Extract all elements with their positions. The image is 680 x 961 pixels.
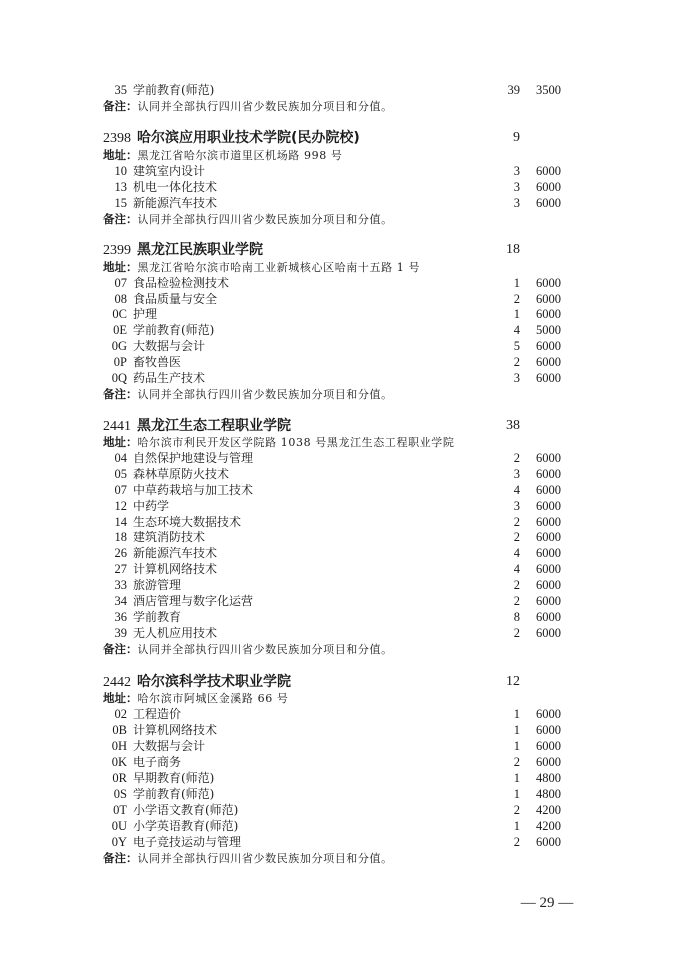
- major-name: 工程造价: [133, 707, 181, 721]
- major-row: 33旅游管理 2 6000: [103, 577, 573, 593]
- major-name: 早期教育(师范): [133, 771, 214, 785]
- tuition-fee: 6000: [536, 738, 566, 754]
- tuition-fee: 6000: [536, 754, 566, 770]
- major-code: 12: [103, 498, 127, 514]
- note-label: 备注：: [103, 642, 138, 656]
- major-code: 0B: [103, 722, 127, 738]
- major-code: 35: [103, 82, 127, 98]
- major-row: 0Q药品生产技术 3 6000: [103, 370, 573, 386]
- address-text: 黑龙江省哈尔滨市道里区机场路 998 号: [138, 149, 343, 162]
- enrollment-count: 1: [498, 275, 520, 291]
- major-name: 食品检验检测技术: [133, 276, 229, 290]
- major-row: 05森林草原防火技术 3 6000: [103, 466, 573, 482]
- enrollment-count: 8: [498, 609, 520, 625]
- major-row: 26新能源汽车技术 4 6000: [103, 545, 573, 561]
- major-name: 无人机应用技术: [133, 626, 217, 640]
- school-header: 2398哈尔滨应用职业技术学院(民办院校) 9: [103, 128, 573, 148]
- major-code: 0T: [103, 802, 127, 818]
- school-name: 黑龙江民族职业学院: [137, 242, 263, 258]
- note-text: 认同并全部执行四川省少数民族加分项目和分值。: [138, 643, 393, 656]
- major-code: 04: [103, 450, 127, 466]
- enrollment-count: 1: [498, 706, 520, 722]
- major-name: 电子商务: [133, 755, 181, 769]
- tuition-fee: 6000: [536, 834, 566, 850]
- major-row: 0P畜牧兽医 2 6000: [103, 354, 573, 370]
- enrollment-count: 1: [498, 722, 520, 738]
- address-text: 黑龙江省哈尔滨市哈南工业新城核心区哈南十五路 1 号: [138, 261, 421, 274]
- major-code: 0E: [103, 322, 127, 338]
- school-name: 哈尔滨应用职业技术学院(民办院校): [137, 130, 360, 146]
- enrollment-count: 3: [498, 370, 520, 386]
- tuition-fee: 4200: [536, 802, 566, 818]
- major-name: 学前教育(师范): [133, 323, 214, 337]
- school-header: 2441黑龙江生态工程职业学院 38: [103, 416, 573, 436]
- tuition-fee: 6000: [536, 722, 566, 738]
- major-row: 0B计算机网络技术 1 6000: [103, 722, 573, 738]
- enrollment-count: 2: [498, 291, 520, 307]
- tuition-fee: 6000: [536, 338, 566, 354]
- major-code: 0U: [103, 818, 127, 834]
- major-code: 34: [103, 593, 127, 609]
- enrollment-count: 4: [498, 482, 520, 498]
- major-row: 08食品质量与安全 2 6000: [103, 291, 573, 307]
- major-code: 05: [103, 466, 127, 482]
- major-name: 小学英语教育(师范): [133, 819, 238, 833]
- tuition-fee: 6000: [536, 609, 566, 625]
- major-name: 畜牧兽医: [133, 355, 181, 369]
- tuition-fee: 5000: [536, 322, 566, 338]
- major-code: 0Y: [103, 834, 127, 850]
- enrollment-count: 1: [498, 306, 520, 322]
- note-label: 备注：: [103, 851, 138, 865]
- major-name: 学前教育: [133, 610, 181, 624]
- major-name: 新能源汽车技术: [133, 196, 217, 210]
- major-code: 15: [103, 195, 127, 211]
- major-code: 33: [103, 577, 127, 593]
- major-row: 0K电子商务 2 6000: [103, 754, 573, 770]
- school-id: 2442: [103, 675, 131, 690]
- address-line: 地址：哈尔滨市阿城区金溪路 66 号: [103, 690, 573, 706]
- enrollment-count: 3: [498, 179, 520, 195]
- tuition-fee: 6000: [536, 529, 566, 545]
- major-code: 18: [103, 529, 127, 545]
- note-line: 备注：认同并全部执行四川省少数民族加分项目和分值。: [103, 211, 573, 227]
- tuition-fee: 6000: [536, 561, 566, 577]
- major-name: 大数据与会计: [133, 739, 205, 753]
- tuition-fee: 6000: [536, 306, 566, 322]
- major-name: 护理: [133, 307, 157, 321]
- enrollment-count: 3: [498, 195, 520, 211]
- major-name: 机电一体化技术: [133, 180, 217, 194]
- tuition-fee: 6000: [536, 577, 566, 593]
- tuition-fee: 6000: [536, 706, 566, 722]
- major-row: 0Y电子竞技运动与管理 2 6000: [103, 834, 573, 850]
- major-name: 学前教育(师范): [133, 787, 214, 801]
- major-code: 0H: [103, 738, 127, 754]
- school-id: 2398: [103, 131, 131, 146]
- major-name: 森林草原防火技术: [133, 467, 229, 481]
- major-row: 0G大数据与会计 5 6000: [103, 338, 573, 354]
- major-name: 小学语文教育(师范): [133, 803, 238, 817]
- tuition-fee: 6000: [536, 625, 566, 641]
- major-row: 07食品检验检测技术 1 6000: [103, 275, 573, 291]
- enrollment-count: 1: [498, 770, 520, 786]
- major-row: 0C护理 1 6000: [103, 306, 573, 322]
- major-row: 18建筑消防技术 2 6000: [103, 529, 573, 545]
- enrollment-count: 1: [498, 818, 520, 834]
- major-row: 39无人机应用技术 2 6000: [103, 625, 573, 641]
- tuition-fee: 6000: [536, 545, 566, 561]
- note-text: 认同并全部执行四川省少数民族加分项目和分值。: [138, 213, 393, 226]
- address-label: 地址：: [103, 260, 138, 274]
- major-row: 0E学前教育(师范) 4 5000: [103, 322, 573, 338]
- major-code: 13: [103, 179, 127, 195]
- address-label: 地址：: [103, 435, 138, 449]
- tuition-fee: 6000: [536, 291, 566, 307]
- major-row: 0T小学语文教育(师范) 2 4200: [103, 802, 573, 818]
- tuition-fee: 6000: [536, 450, 566, 466]
- major-row: 27计算机网络技术 4 6000: [103, 561, 573, 577]
- major-row: 36学前教育 8 6000: [103, 609, 573, 625]
- tuition-fee: 6000: [536, 163, 566, 179]
- enrollment-count: 2: [498, 577, 520, 593]
- major-name: 药品生产技术: [133, 371, 205, 385]
- address-line: 地址：黑龙江省哈尔滨市哈南工业新城核心区哈南十五路 1 号: [103, 259, 573, 275]
- note-line: 备注：认同并全部执行四川省少数民族加分项目和分值。: [103, 386, 573, 402]
- major-name: 新能源汽车技术: [133, 546, 217, 560]
- enrollment-count: 3: [498, 498, 520, 514]
- note-line: 备注：认同并全部执行四川省少数民族加分项目和分值。: [103, 850, 573, 866]
- note-text: 认同并全部执行四川省少数民族加分项目和分值。: [138, 100, 393, 113]
- major-name: 生态环境大数据技术: [133, 515, 241, 529]
- page-number: — 29 —: [512, 893, 582, 913]
- address-line: 地址：哈尔滨市利民开发区学院路 1038 号黑龙江生态工程职业学院: [103, 434, 573, 450]
- major-row: 0S学前教育(师范) 1 4800: [103, 786, 573, 802]
- enrollment-count: 2: [498, 354, 520, 370]
- enrollment-count: 2: [498, 754, 520, 770]
- major-code: 07: [103, 275, 127, 291]
- major-name: 建筑消防技术: [133, 530, 205, 544]
- major-code: 39: [103, 625, 127, 641]
- address-label: 地址：: [103, 691, 138, 705]
- major-name: 学前教育(师范): [133, 83, 214, 97]
- major-row: 13机电一体化技术 3 6000: [103, 179, 573, 195]
- tuition-fee: 6000: [536, 275, 566, 291]
- major-code: 0G: [103, 338, 127, 354]
- tuition-fee: 4200: [536, 818, 566, 834]
- tuition-fee: 6000: [536, 593, 566, 609]
- major-row: 35学前教育(师范) 39 3500: [103, 82, 573, 98]
- school-total: 9: [498, 128, 520, 148]
- major-code: 07: [103, 482, 127, 498]
- major-name: 建筑室内设计: [133, 164, 205, 178]
- major-name: 计算机网络技术: [133, 723, 217, 737]
- school-total: 12: [498, 672, 520, 692]
- tuition-fee: 6000: [536, 370, 566, 386]
- tuition-fee: 3500: [536, 82, 566, 98]
- tuition-fee: 6000: [536, 179, 566, 195]
- major-name: 中草药栽培与加工技术: [133, 483, 253, 497]
- major-code: 0K: [103, 754, 127, 770]
- enrollment-count: 39: [498, 82, 520, 98]
- major-name: 食品质量与安全: [133, 292, 217, 306]
- enrollment-count: 5: [498, 338, 520, 354]
- school-name: 黑龙江生态工程职业学院: [137, 418, 291, 434]
- note-text: 认同并全部执行四川省少数民族加分项目和分值。: [138, 388, 393, 401]
- major-code: 0R: [103, 770, 127, 786]
- enrollment-count: 1: [498, 738, 520, 754]
- school-id: 2441: [103, 419, 131, 434]
- document-page: 35学前教育(师范) 39 3500 备注：认同并全部执行四川省少数民族加分项目…: [0, 0, 680, 961]
- major-code: 36: [103, 609, 127, 625]
- major-name: 大数据与会计: [133, 339, 205, 353]
- major-row: 07中草药栽培与加工技术 4 6000: [103, 482, 573, 498]
- major-name: 酒店管理与数字化运营: [133, 594, 253, 608]
- school-header: 2399黑龙江民族职业学院 18: [103, 240, 573, 260]
- major-code: 0P: [103, 354, 127, 370]
- tuition-fee: 6000: [536, 466, 566, 482]
- enrollment-count: 1: [498, 786, 520, 802]
- major-row: 02工程造价 1 6000: [103, 706, 573, 722]
- major-row: 0U小学英语教育(师范) 1 4200: [103, 818, 573, 834]
- major-code: 27: [103, 561, 127, 577]
- note-label: 备注：: [103, 212, 138, 226]
- major-row: 0H大数据与会计 1 6000: [103, 738, 573, 754]
- major-code: 08: [103, 291, 127, 307]
- school-total: 38: [498, 416, 520, 436]
- school-total: 18: [498, 240, 520, 260]
- enrollment-count: 2: [498, 802, 520, 818]
- major-code: 26: [103, 545, 127, 561]
- enrollment-count: 2: [498, 593, 520, 609]
- enrollment-count: 3: [498, 466, 520, 482]
- tuition-fee: 6000: [536, 195, 566, 211]
- major-name: 计算机网络技术: [133, 562, 217, 576]
- address-text: 哈尔滨市阿城区金溪路 66 号: [138, 692, 289, 705]
- major-row: 34酒店管理与数字化运营 2 6000: [103, 593, 573, 609]
- major-name: 自然保护地建设与管理: [133, 451, 253, 465]
- major-row: 12中药学 3 6000: [103, 498, 573, 514]
- school-id: 2399: [103, 243, 131, 258]
- major-row: 10建筑室内设计 3 6000: [103, 163, 573, 179]
- school-name: 哈尔滨科学技术职业学院: [137, 674, 291, 690]
- major-code: 02: [103, 706, 127, 722]
- tuition-fee: 6000: [536, 514, 566, 530]
- major-code: 0Q: [103, 370, 127, 386]
- address-label: 地址：: [103, 148, 138, 162]
- note-label: 备注：: [103, 387, 138, 401]
- enrollment-count: 4: [498, 561, 520, 577]
- note-label: 备注：: [103, 99, 138, 113]
- major-name: 电子竞技运动与管理: [133, 835, 241, 849]
- enrollment-count: 2: [498, 625, 520, 641]
- address-text: 哈尔滨市利民开发区学院路 1038 号黑龙江生态工程职业学院: [138, 436, 455, 449]
- major-row: 0R早期教育(师范) 1 4800: [103, 770, 573, 786]
- enrollment-count: 4: [498, 322, 520, 338]
- enrollment-count: 2: [498, 450, 520, 466]
- major-code: 10: [103, 163, 127, 179]
- tuition-fee: 6000: [536, 354, 566, 370]
- major-row: 15新能源汽车技术 3 6000: [103, 195, 573, 211]
- major-row: 04自然保护地建设与管理 2 6000: [103, 450, 573, 466]
- note-text: 认同并全部执行四川省少数民族加分项目和分值。: [138, 852, 393, 865]
- enrollment-count: 2: [498, 834, 520, 850]
- major-name: 中药学: [133, 499, 169, 513]
- enrollment-count: 3: [498, 163, 520, 179]
- note-line: 备注：认同并全部执行四川省少数民族加分项目和分值。: [103, 641, 573, 657]
- tuition-fee: 4800: [536, 770, 566, 786]
- tuition-fee: 6000: [536, 498, 566, 514]
- address-line: 地址：黑龙江省哈尔滨市道里区机场路 998 号: [103, 147, 573, 163]
- tuition-fee: 6000: [536, 482, 566, 498]
- school-header: 2442哈尔滨科学技术职业学院 12: [103, 672, 573, 692]
- major-code: 0S: [103, 786, 127, 802]
- tuition-fee: 4800: [536, 786, 566, 802]
- major-name: 旅游管理: [133, 578, 181, 592]
- note-line: 备注：认同并全部执行四川省少数民族加分项目和分值。: [103, 98, 573, 114]
- enrollment-count: 2: [498, 514, 520, 530]
- major-code: 0C: [103, 306, 127, 322]
- enrollment-count: 4: [498, 545, 520, 561]
- major-code: 14: [103, 514, 127, 530]
- enrollment-count: 2: [498, 529, 520, 545]
- major-row: 14生态环境大数据技术 2 6000: [103, 514, 573, 530]
